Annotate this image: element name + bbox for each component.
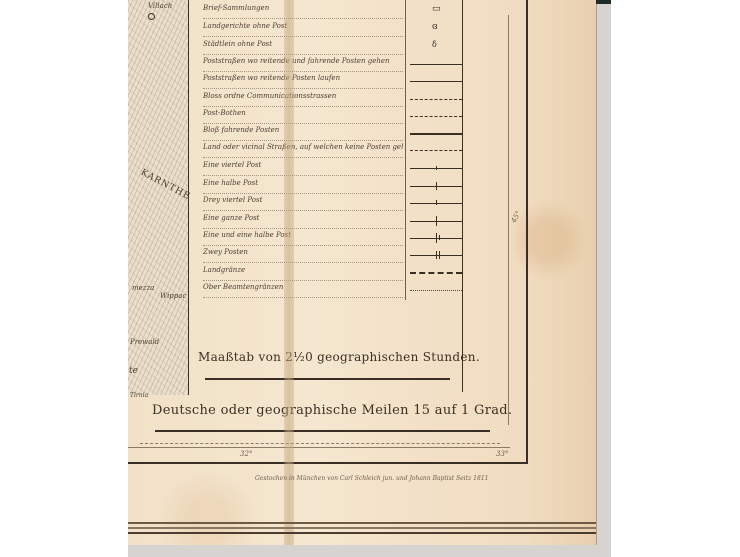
double-line-icon bbox=[410, 126, 462, 140]
legend-right-border bbox=[462, 0, 463, 392]
hours-scale-bar bbox=[205, 378, 450, 383]
legend-item: Zwey Posten bbox=[203, 248, 403, 263]
legend-item: Eine halbe Post bbox=[203, 179, 403, 194]
legend-item: Post-Bothen bbox=[203, 109, 403, 124]
legend-item: Poststraßen wo reitende und fahrende Pos… bbox=[203, 57, 403, 72]
legend-item: Eine ganze Post bbox=[203, 214, 403, 229]
miles-scale-title: Deutsche oder geographische Meilen 15 au… bbox=[152, 403, 512, 418]
legend-left-border bbox=[188, 0, 189, 395]
outer-border-right bbox=[526, 0, 528, 464]
legend-item: Brief-Sammlungen bbox=[203, 4, 403, 19]
legend-item: Landgerichte ohne Post bbox=[203, 22, 403, 37]
tick-line-icon bbox=[410, 196, 462, 210]
small-tower-glyph-icon: δ bbox=[410, 40, 462, 54]
legend-item: Ober Beamtengränzen bbox=[203, 283, 403, 298]
dashed-line-icon bbox=[410, 92, 462, 106]
dashed-line-icon bbox=[410, 109, 462, 123]
legend-item: Eine viertel Post bbox=[203, 161, 403, 176]
double-tick-line-icon bbox=[410, 248, 462, 262]
dotted-line-icon bbox=[410, 283, 462, 297]
tick-line-icon bbox=[410, 214, 462, 228]
legend-item: Städtlein ohne Post bbox=[203, 40, 403, 55]
sheet-edges bbox=[128, 522, 596, 546]
map-label-tirnia: Tirnia bbox=[130, 392, 148, 399]
symbol-column-left bbox=[405, 0, 406, 300]
scan-edge bbox=[596, 0, 611, 4]
bold-dashed-line-icon bbox=[410, 266, 462, 280]
tower-glyph-icon: ɞ bbox=[410, 22, 462, 36]
degree-label-33: 33° bbox=[496, 450, 508, 458]
dash-dot-line-icon bbox=[410, 143, 462, 157]
miles-scale-bar bbox=[155, 430, 490, 435]
map-label-prewald: Prewald bbox=[130, 338, 159, 346]
solid-line-icon bbox=[410, 57, 462, 71]
degree-bar bbox=[140, 443, 500, 446]
legend-item: Landgränze bbox=[203, 266, 403, 281]
degree-grid-line bbox=[128, 447, 510, 448]
tick-line-icon bbox=[410, 231, 462, 245]
tick-line-icon bbox=[410, 161, 462, 175]
map-fragment: Villach KARNTHE mezza Wippac Prewald te … bbox=[128, 0, 188, 395]
box-glyph-icon: ▭ bbox=[410, 4, 462, 18]
city-marker-icon bbox=[148, 13, 155, 20]
hours-scale-title: Maaßtab von 2½0 geographischen Stunden. bbox=[198, 350, 480, 364]
legend-item: Drey viertel Post bbox=[203, 196, 403, 211]
map-label-wippac: Wippac bbox=[160, 292, 186, 300]
frame-corner bbox=[188, 394, 189, 395]
legend-item: Poststraßen wo reitende Posten laufen bbox=[203, 74, 403, 89]
legend-item: Bloß fahrende Posten bbox=[203, 126, 403, 141]
outer-border-bottom bbox=[128, 462, 528, 464]
legend-item: Eine und eine halbe Post bbox=[203, 231, 403, 246]
paper-fold bbox=[284, 0, 294, 545]
map-label-region: KARNTHE bbox=[139, 168, 192, 203]
legend-item: Land oder vicinal Straßen, auf welchen k… bbox=[203, 143, 403, 158]
map-label-mezza: mezza bbox=[132, 284, 154, 292]
tick-line-icon bbox=[410, 179, 462, 193]
solid-line-icon bbox=[410, 74, 462, 88]
map-label-villach: Villach bbox=[148, 2, 172, 10]
legend-item: Bloss ordne Communicationsstrassen bbox=[203, 92, 403, 107]
map-label-te: te bbox=[129, 366, 138, 376]
degree-label-32: 32° bbox=[240, 450, 252, 458]
engraver-imprint: Gestochen in München von Carl Schleich j… bbox=[255, 475, 488, 482]
